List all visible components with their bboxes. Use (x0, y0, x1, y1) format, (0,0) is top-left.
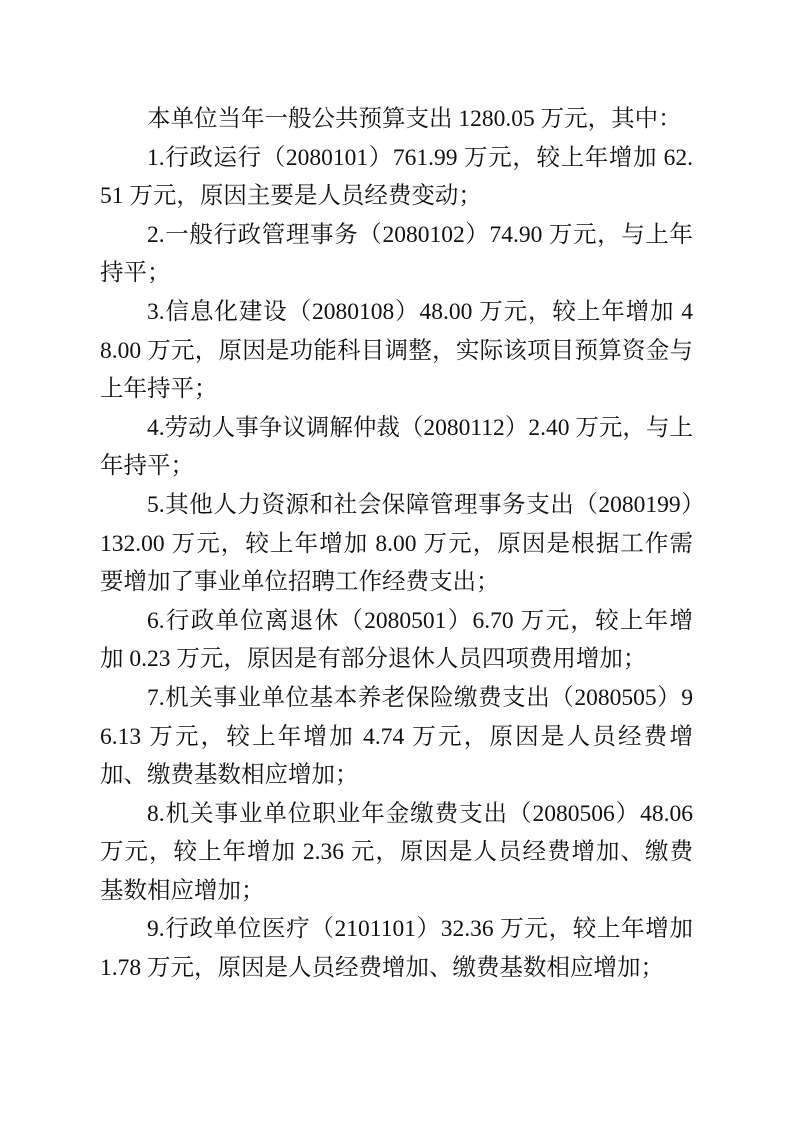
para-item-6: 6.行政单位离退休（2080501）6.70 万元，较上年增加 0.23 万元，… (100, 602, 693, 679)
document-body: 本单位当年一般公共预算支出 1280.05 万元，其中： 1.行政运行（2080… (100, 100, 693, 988)
document-page: 本单位当年一般公共预算支出 1280.05 万元，其中： 1.行政运行（2080… (0, 0, 793, 1122)
para-item-2: 2.一般行政管理事务（2080102）74.90 万元，与上年持平； (100, 216, 693, 293)
para-item-9: 9.行政单位医疗（2101101）32.36 万元，较上年增加 1.78 万元，… (100, 910, 693, 987)
para-item-4: 4.劳动人事争议调解仲裁（2080112）2.40 万元，与上年持平； (100, 409, 693, 486)
para-item-7: 7.机关事业单位基本养老保险缴费支出（2080505）96.13 万元，较上年增… (100, 679, 693, 795)
para-item-3: 3.信息化建设（2080108）48.00 万元，较上年增加 48.00 万元，… (100, 293, 693, 409)
para-budget-intro: 本单位当年一般公共预算支出 1280.05 万元，其中： (100, 100, 693, 139)
para-item-5: 5.其他人力资源和社会保障管理事务支出（2080199）132.00 万元，较上… (100, 486, 693, 602)
para-item-8: 8.机关事业单位职业年金缴费支出（2080506）48.06 万元，较上年增加 … (100, 795, 693, 911)
para-item-1: 1.行政运行（2080101）761.99 万元，较上年增加 62.51 万元，… (100, 139, 693, 216)
